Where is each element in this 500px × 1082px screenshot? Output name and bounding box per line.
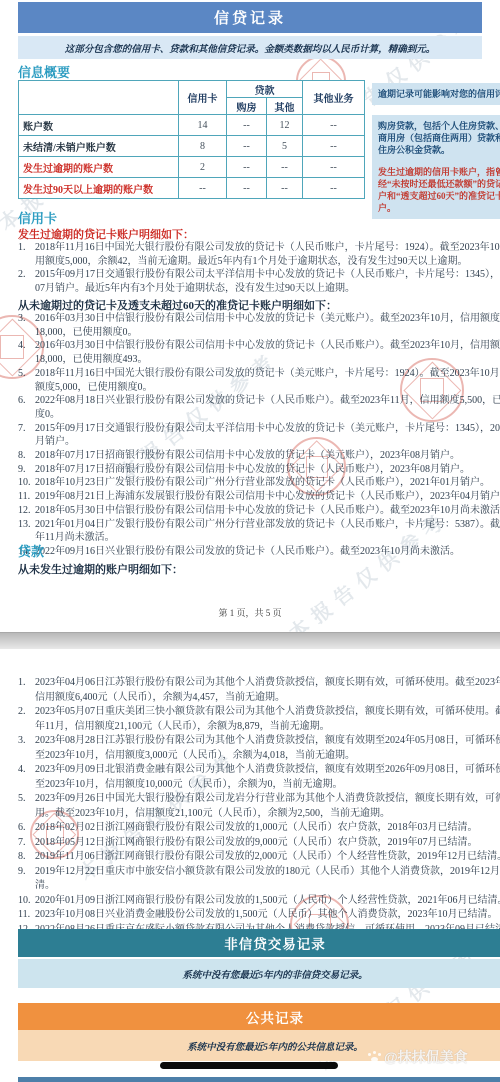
item-number: 3. [18,312,35,339]
cell-credit-card: 14 [179,115,227,136]
item-text: 2022年09月16日兴业银行股份有限公司发放的贷记卡（人民币账户）。截至202… [35,545,500,559]
col-header-loan-house: 购房 [227,98,267,115]
item-text: 2022年08月18日兴业银行股份有限公司发放的贷记卡（人民币账户）。截至202… [35,394,500,421]
item-number: 2. [18,705,35,734]
credit-card-section-label: 信用卡 [18,208,57,227]
credit-card-item: 10. 2018年10月23日广发银行股份有限公司广州分行营业部发放的贷记卡（人… [18,476,500,490]
item-text: 2018年07月17日招商银行股份有限公司信用卡中心发放的贷记卡（人民币账户），… [35,463,500,477]
next-section-header-sliver [18,1077,500,1082]
item-number: 7. [18,422,35,449]
overdue-card-list: 1. 2018年11月16日中国光大银行股份有限公司发放的贷记卡（人民币账户，卡… [18,241,500,296]
item-number: 10. [18,894,35,909]
report-section-header-credit-records: 信贷记录 [18,2,482,33]
item-text: 2016年03月30日中信银行股份有限公司信用卡中心发放的贷记卡（人民币账户）。… [35,339,500,366]
cell-credit-card: -- [179,178,227,199]
cell-loan-other: 5 [267,136,303,157]
credit-card-item: 1. 2018年11月16日中国光大银行股份有限公司发放的贷记卡（人民币账户，卡… [18,241,500,268]
cell-other-business: -- [303,178,365,199]
item-number: 7. [18,836,35,851]
page-number: 第 1 页，共 5 页 [0,606,500,619]
loan-item: 4. 2023年09月09日北银消费金融有限公司为其他个人消费贷款授信，额度有效… [18,763,500,792]
item-text: 2018年10月23日广发银行股份有限公司广州分行营业部发放的贷记卡（人民币账户… [35,476,500,490]
credit-card-item: 13. 2021年01月04日广发银行股份有限公司广州分行营业部发放的贷记卡（人… [18,518,500,545]
item-text: 2018年05月12日浙江网商银行股份有限公司发放的9,000元（人民币）农户贷… [35,836,500,851]
loan-list: 1. 2023年04月06日江苏银行股份有限公司为其他个人消费贷款授信，额度长期… [18,676,500,937]
item-number: 4. [18,339,35,366]
creator-handle: @抹抹侃美食 [384,1047,468,1067]
item-number: 8. [18,850,35,865]
item-text: 2023年05月07日重庆美团三快小额贷款有限公司为其他个人消费贷款授信，额度长… [35,705,500,734]
item-text: 2020年01月09日浙江网商银行股份有限公司发放的1,500元（人民币）个人经… [35,894,500,909]
normal-card-heading: 从未逾期过的贷记卡及透支未超过60天的准贷记卡账户明细如下： [18,297,337,313]
item-number: 5. [18,367,35,394]
item-text: 2023年08月28日江苏银行股份有限公司为其他个人消费贷款授信，额度有效期至2… [35,734,500,763]
credit-card-item: 4. 2016年03月30日中信银行股份有限公司信用卡中心发放的贷记卡（人民币账… [18,339,500,366]
col-header-loan-other: 其他 [267,98,303,115]
item-number: 6. [18,821,35,836]
item-number: 9. [18,865,35,894]
loan-item: 5. 2023年09月26日中国光大银行股份有限公司龙岩分行营业部为其他个人消费… [18,792,500,821]
item-text: 2018年07月17日招商银行股份有限公司信用卡中心发放的贷记卡（美元账户），2… [35,449,500,463]
item-number: 11. [18,490,35,504]
loan-item: 2. 2023年05月07日重庆美团三快小额贷款有限公司为其他个人消费贷款授信，… [18,705,500,734]
note-overdue-impact: 逾期记录可能影响对您的信用评价。 [372,83,500,105]
loan-item: 3. 2023年08月28日江苏银行股份有限公司为其他个人消费贷款授信，额度有效… [18,734,500,763]
cell-loan-other: -- [267,178,303,199]
item-text: 2018年11月16日中国光大银行股份有限公司发放的贷记卡（美元账户，卡片尾号：… [35,367,500,394]
cell-loan-house: -- [227,136,267,157]
credit-card-item: 7. 2015年09月17日交通银行股份有限公司太平洋信用卡中心发放的贷记卡（美… [18,422,500,449]
item-text: 2023年09月09日北银消费金融有限公司为其他个人消费贷款授信，额度有效期至2… [35,763,500,792]
col-header-other-business: 其他业务 [303,81,365,115]
item-text: 2019年08月21日上海浦东发展银行股份有限公司信用卡中心发放的贷记卡（人民币… [35,490,500,504]
loan-item: 1. 2023年04月06日江苏银行股份有限公司为其他个人消费贷款授信，额度长期… [18,676,500,705]
item-text: 2015年09月17日交通银行股份有限公司太平洋信用卡中心发放的贷记卡（美元账户… [35,422,500,449]
col-header-loan: 贷款 [227,81,303,98]
note-overdue-card-definition: 发生过逾期的信用卡账户，指曾经“未按时还最低还款额”的贷记卡账户和“透支超过60… [372,161,500,219]
item-text: 2018年02月02日浙江网商银行股份有限公司发放的1,000元（人民币）农户贷… [35,821,500,836]
item-text: 2023年09月26日中国光大银行股份有限公司龙岩分行营业部为其他个人消费贷款授… [35,792,500,821]
item-number: 12. [18,504,35,518]
summary-section-label: 信息概要 [18,62,70,81]
credit-card-item: 5. 2018年11月16日中国光大银行股份有限公司发放的贷记卡（美元账户，卡片… [18,367,500,394]
item-text: 2023年04月06日江苏银行股份有限公司为其他个人消费贷款授信，额度长期有效，… [35,676,500,705]
credit-card-item: 2. 2015年09月17日交通银行股份有限公司太平洋信用卡中心发放的贷记卡（人… [18,268,500,295]
item-text: 2018年05月30日中信银行股份有限公司信用卡中心发放的贷记卡（人民币账户）。… [35,504,500,518]
credit-card-item: 14. 2022年09月16日兴业银行股份有限公司发放的贷记卡（人民币账户）。截… [18,545,500,559]
cell-loan-house: -- [227,115,267,136]
item-text: 2016年03月30日中信银行股份有限公司信用卡中心发放的贷记卡（美元账户）。截… [35,312,500,339]
item-number: 4. [18,763,35,792]
cell-loan-other: -- [267,157,303,178]
credit-card-item: 6. 2022年08月18日兴业银行股份有限公司发放的贷记卡（人民币账户）。截至… [18,394,500,421]
credit-card-item: 9. 2018年07月17日招商银行股份有限公司信用卡中心发放的贷记卡（人民币账… [18,463,500,477]
loan-item: 7. 2018年05月12日浙江网商银行股份有限公司发放的9,000元（人民币）… [18,836,500,851]
credit-card-item: 12. 2018年05月30日中信银行股份有限公司信用卡中心发放的贷记卡（人民币… [18,504,500,518]
non-credit-section-header: 非信贷交易记录 [18,929,500,957]
item-text: 2019年11月06日浙江网商银行股份有限公司发放的2,000元（人民币）个人经… [35,850,500,865]
public-record-section-header: 公共记录 [18,1003,500,1030]
cell-credit-card: 8 [179,136,227,157]
cell-other-business: -- [303,115,365,136]
item-text: 2015年09月17日交通银行股份有限公司太平洋信用卡中心发放的贷记卡（人民币账… [35,268,500,295]
summary-table: 信用卡 贷款 其他业务 购房 其他 账户数 14 -- 12 -- 未结清/未销… [18,80,365,199]
cell-loan-house: -- [227,157,267,178]
item-number: 9. [18,463,35,477]
row-label: 发生过逾期的账户数 [19,157,179,178]
row-label: 发生过90天以上逾期的账户数 [19,178,179,199]
credit-card-item: 8. 2018年07月17日招商银行股份有限公司信用卡中心发放的贷记卡（美元账户… [18,449,500,463]
item-number: 2. [18,268,35,295]
summary-table-row: 未结清/未销户账户数 8 -- 5 -- [19,136,365,157]
item-text: 2018年11月16日中国光大银行股份有限公司发放的贷记卡（人民币账户，卡片尾号… [35,241,500,268]
item-text: 2021年01月04日广发银行股份有限公司广州分行营业部发放的贷记卡（人民币账户… [35,518,500,545]
non-credit-empty-message: 系统中没有您最近5年内的非信贷交易记录。 [18,959,500,988]
cell-loan-house: -- [227,178,267,199]
item-text: 2019年12月22日重庆市中旅安信小额贷款有限公司发放的180元（人民币）其他… [35,865,500,894]
item-number: 10. [18,476,35,490]
cell-credit-card: 2 [179,157,227,178]
item-number: 6. [18,394,35,421]
cell-other-business: -- [303,157,365,178]
note-house-loan-definition: 购房贷款，包括个人住房贷款、个人商用房（包括商住两用）贷款和个人住房公积金贷款。 [372,115,500,161]
summary-table-header-row-1: 信用卡 贷款 其他业务 [19,81,365,98]
summary-table-row: 发生过90天以上逾期的账户数 -- -- -- -- [19,178,365,199]
cell-other-business: -- [303,136,365,157]
overdue-card-heading: 发生过逾期的贷记卡账户明细如下： [18,226,194,242]
item-number: 3. [18,734,35,763]
loan-item: 6. 2018年02月02日浙江网商银行股份有限公司发放的1,000元（人民币）… [18,821,500,836]
item-number: 8. [18,449,35,463]
page-break-divider [0,632,500,649]
loan-item: 8. 2019年11月06日浙江网商银行股份有限公司发放的2,000元（人民币）… [18,850,500,865]
creator-watermark: @抹抹侃美食 [368,1047,468,1067]
loan-item: 11. 2023年10月08日兴业消费金融股份公司发放的1,500元（人民币）其… [18,908,500,923]
item-number: 1. [18,676,35,705]
cell-loan-other: 12 [267,115,303,136]
paw-icon [368,1051,381,1064]
loan-section-label: 贷款 [18,541,44,560]
item-number: 11. [18,908,35,923]
row-label: 未结清/未销户账户数 [19,136,179,157]
item-number: 5. [18,792,35,821]
item-text: 2023年10月08日兴业消费金融股份公司发放的1,500元（人民币）其他个人消… [35,908,500,923]
row-label: 账户数 [19,115,179,136]
home-indicator[interactable] [160,1062,338,1069]
corner-cell [19,81,179,115]
summary-table-row: 发生过逾期的账户数 2 -- -- -- [19,157,365,178]
loan-item: 10. 2020年01月09日浙江网商银行股份有限公司发放的1,500元（人民币… [18,894,500,909]
loan-heading: 从未发生过逾期的账户明细如下： [18,561,183,577]
item-number: 1. [18,241,35,268]
normal-card-list: 3. 2016年03月30日中信银行股份有限公司信用卡中心发放的贷记卡（美元账户… [18,312,500,559]
credit-card-item: 11. 2019年08月21日上海浦东发展银行股份有限公司信用卡中心发放的贷记卡… [18,490,500,504]
credit-card-item: 3. 2016年03月30日中信银行股份有限公司信用卡中心发放的贷记卡（美元账户… [18,312,500,339]
loan-item: 9. 2019年12月22日重庆市中旅安信小额贷款有限公司发放的180元（人民币… [18,865,500,894]
summary-table-row: 账户数 14 -- 12 -- [19,115,365,136]
col-header-credit-card: 信用卡 [179,81,227,115]
section-description: 这部分包含您的信用卡、贷款和其他信贷记录。金额类数据均以人民币计算，精确到元。 [18,36,482,59]
